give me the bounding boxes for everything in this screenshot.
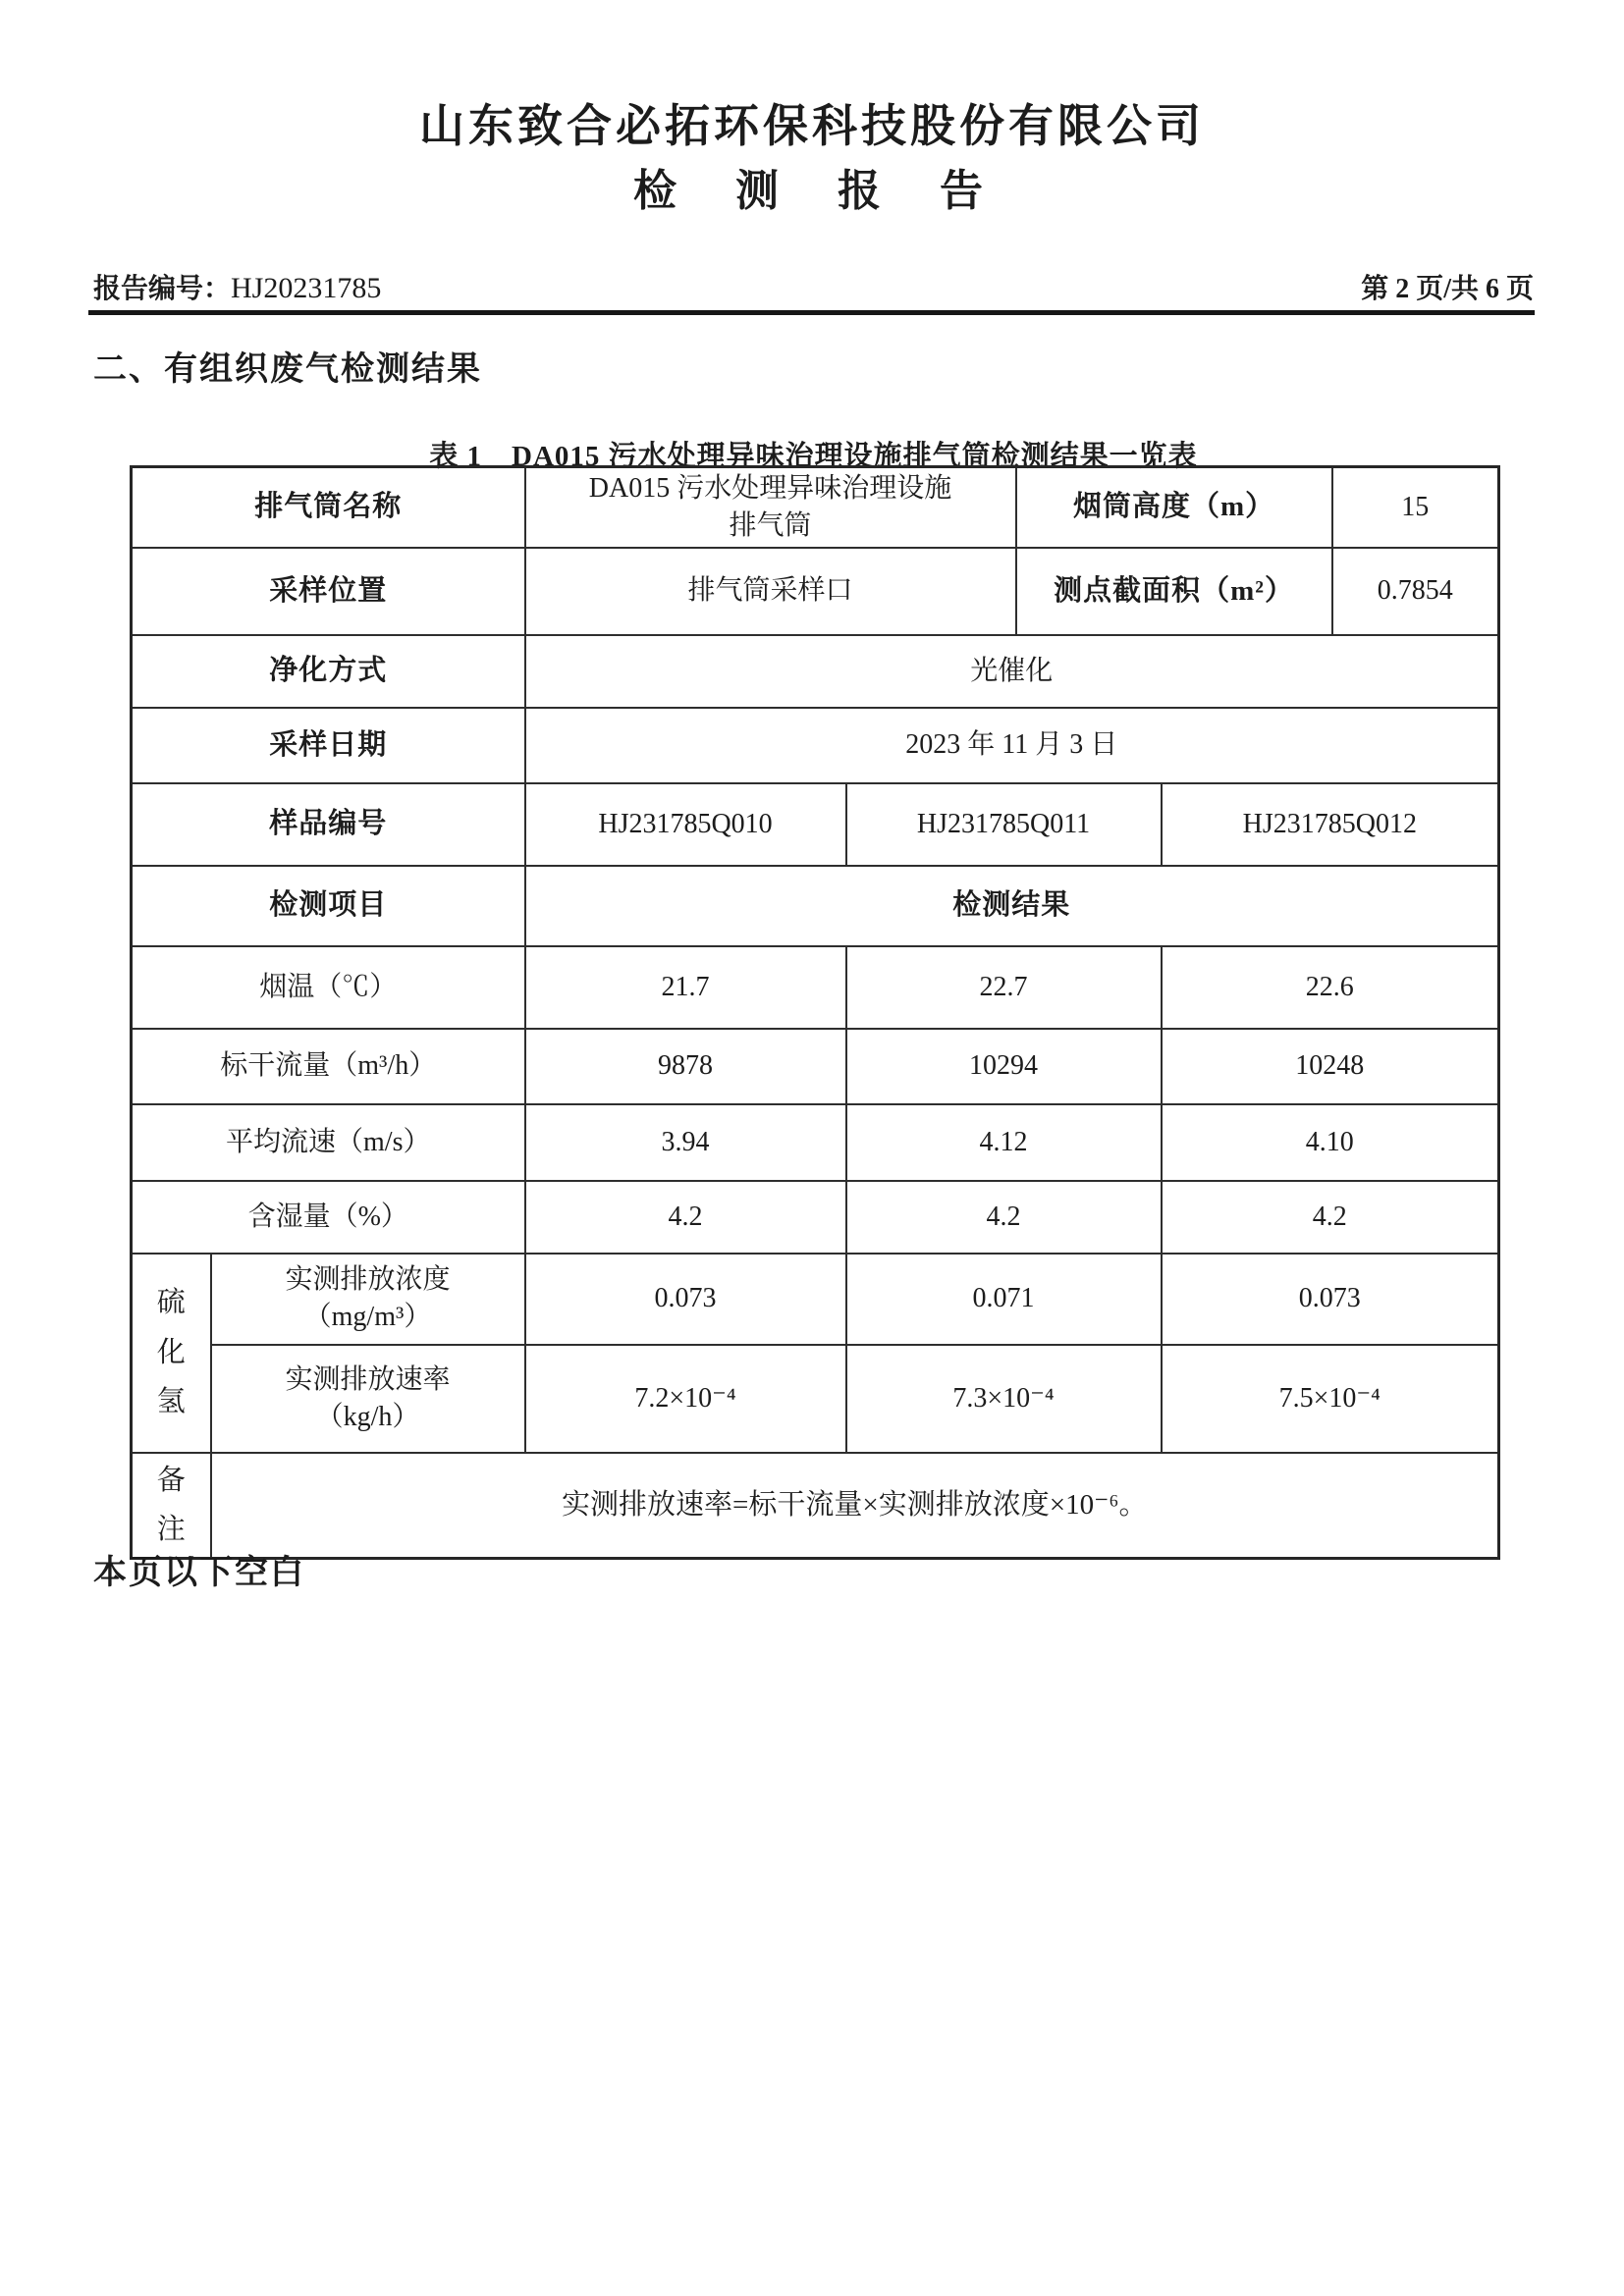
remark-label-cell: 备注 [132,1453,211,1559]
footer-note: 本页以下空白 [93,1545,305,1593]
table-row: 标干流量（m³/h） 9878 10294 10248 [132,1029,1499,1104]
sampling-position-label-cell: 采样位置 [132,548,525,635]
temp-value-1: 21.7 [525,946,846,1029]
report-meta-row: 报告编号：HJ20231785 第 2 页/共 6 页 [93,267,1534,306]
moisture-value-1: 4.2 [525,1181,846,1254]
report-number-label: 报告编号： [93,274,231,304]
flow-value-2: 10294 [846,1029,1162,1104]
purification-cell: 光催化 [525,635,1499,708]
report-page: 山东致合必拓环保科技股份有限公司 检 测 报 告 报告编号：HJ20231785… [0,0,1624,2296]
results-table: 排气筒名称 DA015 污水处理异味治理设施 排气筒 烟筒高度（m） 15 采样… [130,465,1500,1560]
temp-value-3: 22.6 [1162,946,1499,1029]
company-title: 山东致合必拓环保科技股份有限公司 [0,90,1624,155]
table-row: 样品编号 HJ231785Q010 HJ231785Q011 HJ231785Q… [132,783,1499,866]
flow-value-1: 9878 [525,1029,846,1104]
table-row: 采样日期 2023 年 11 月 3 日 [132,708,1499,783]
report-number: 报告编号：HJ20231785 [93,267,381,306]
section-heading: 二、有组织废气检测结果 [93,342,482,390]
h2s-concentration-label-cell: 实测排放浓度 （mg/m³） [211,1254,525,1345]
table-row: 实测排放速率 （kg/h） 7.2×10⁻⁴ 7.3×10⁻⁴ 7.5×10⁻⁴ [132,1345,1499,1453]
stack-name-cell: DA015 污水处理异味治理设施 排气筒 [525,467,1016,548]
table-row: 采样位置 排气筒采样口 测点截面积（m²） 0.7854 [132,548,1499,635]
table-row: 检测项目 检测结果 [132,866,1499,946]
stack-name-label-cell: 排气筒名称 [132,467,525,548]
moisture-label-cell: 含湿量（%） [132,1181,525,1254]
stack-height-cell: 15 [1332,467,1499,548]
h2s-rate-value-3: 7.5×10⁻⁴ [1162,1345,1499,1453]
cross-section-label-cell: 测点截面积（m²） [1016,548,1332,635]
sample-no-cell-1: HJ231785Q010 [525,783,846,866]
sample-no-cell-3: HJ231785Q012 [1162,783,1499,866]
h2s-concentration-value-2: 0.071 [846,1254,1162,1345]
moisture-value-2: 4.2 [846,1181,1162,1254]
table-row: 排气筒名称 DA015 污水处理异味治理设施 排气筒 烟筒高度（m） 15 [132,467,1499,548]
sampling-position-cell: 排气筒采样口 [525,548,1016,635]
sampling-date-label-cell: 采样日期 [132,708,525,783]
page-indicator: 第 2 页/共 6 页 [1361,267,1534,306]
document-title: 检 测 报 告 [0,155,1624,218]
velocity-value-1: 3.94 [525,1104,846,1181]
table-row: 烟温（℃） 21.7 22.7 22.6 [132,946,1499,1029]
h2s-concentration-value-1: 0.073 [525,1254,846,1345]
moisture-value-3: 4.2 [1162,1181,1499,1254]
h2s-rate-value-1: 7.2×10⁻⁴ [525,1345,846,1453]
header-divider [88,310,1535,315]
remark-cell: 实测排放速率=标干流量×实测排放浓度×10⁻⁶。 [211,1453,1499,1559]
result-label-cell: 检测结果 [525,866,1499,946]
item-label-cell: 检测项目 [132,866,525,946]
stack-height-label-cell: 烟筒高度（m） [1016,467,1332,548]
table-row: 硫化氢 实测排放浓度 （mg/m³） 0.073 0.071 0.073 [132,1254,1499,1345]
remark-label: 备注 [157,1456,186,1556]
sampling-date-cell: 2023 年 11 月 3 日 [525,708,1499,783]
table-row: 含湿量（%） 4.2 4.2 4.2 [132,1181,1499,1254]
table-row: 平均流速（m/s） 3.94 4.12 4.10 [132,1104,1499,1181]
purification-label-cell: 净化方式 [132,635,525,708]
temp-value-2: 22.7 [846,946,1162,1029]
velocity-value-3: 4.10 [1162,1104,1499,1181]
cross-section-cell: 0.7854 [1332,548,1499,635]
pollutant-name-cell: 硫化氢 [132,1254,211,1453]
flow-value-3: 10248 [1162,1029,1499,1104]
sample-no-cell-2: HJ231785Q011 [846,783,1162,866]
table-row: 净化方式 光催化 [132,635,1499,708]
temp-label-cell: 烟温（℃） [132,946,525,1029]
flow-label-cell: 标干流量（m³/h） [132,1029,525,1104]
h2s-rate-value-2: 7.3×10⁻⁴ [846,1345,1162,1453]
velocity-value-2: 4.12 [846,1104,1162,1181]
h2s-concentration-value-3: 0.073 [1162,1254,1499,1345]
pollutant-name: 硫化氢 [157,1278,186,1427]
h2s-rate-label-cell: 实测排放速率 （kg/h） [211,1345,525,1453]
velocity-label-cell: 平均流速（m/s） [132,1104,525,1181]
table-row: 备注 实测排放速率=标干流量×实测排放浓度×10⁻⁶。 [132,1453,1499,1559]
sample-no-label-cell: 样品编号 [132,783,525,866]
report-number-value: HJ20231785 [231,272,381,304]
